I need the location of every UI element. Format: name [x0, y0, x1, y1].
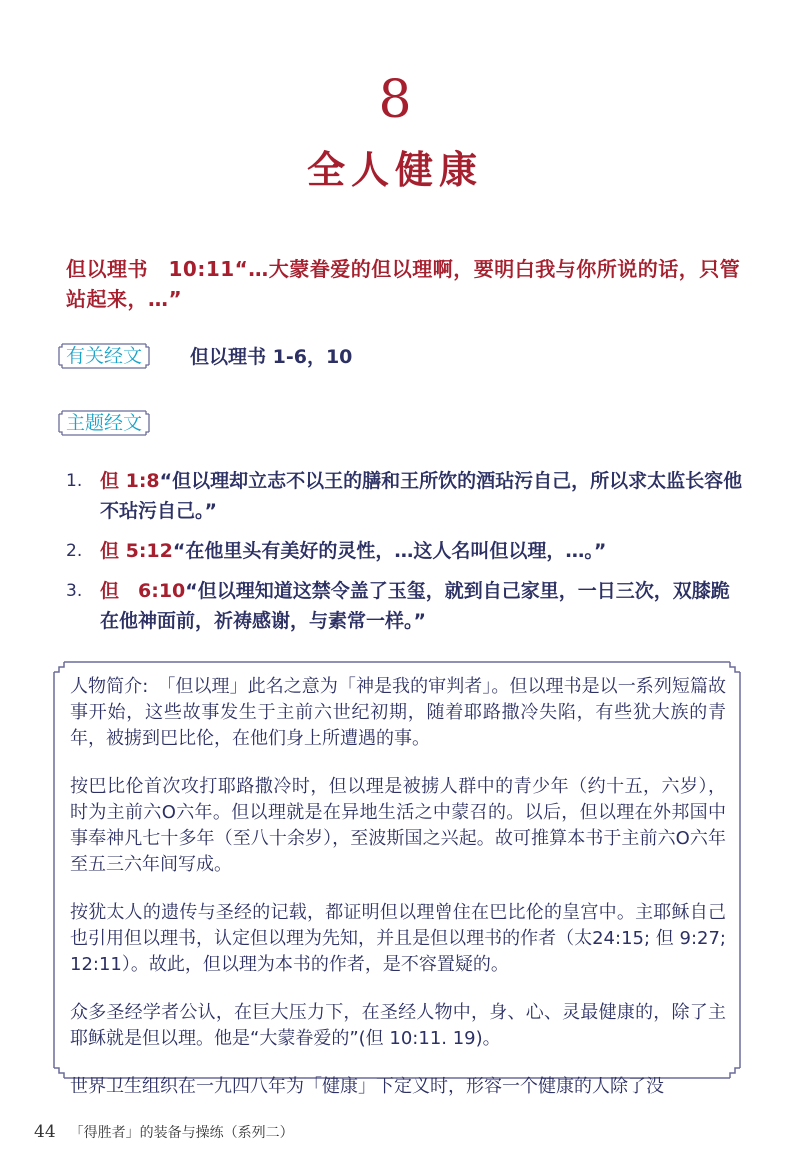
- bio-paragraph: 按犹太人的遗传与圣经的记载，都证明但以理曾住在巴比伦的皇宫中。主耶稣自己也引用但…: [70, 900, 726, 978]
- verse-reference: 但 6:10: [100, 580, 185, 602]
- verse-reference: 但 5:12: [100, 540, 173, 562]
- character-bio-box: 人物简介: 「但以理」此名之意为「神是我的审判者」。但以理书是以一系列短篇故事开…: [52, 660, 742, 1080]
- verse-item: 3. 但 6:10“但以理知道这禁令盖了玉玺，就到自己家里，一日三次，双膝跪在他…: [66, 576, 746, 636]
- theme-scripture-tag: 主题经文: [56, 408, 152, 438]
- verse-reference: 但 1:8: [100, 470, 160, 492]
- bio-paragraph: 人物简介: 「但以理」此名之意为「神是我的审判者」。但以理书是以一系列短篇故事开…: [70, 674, 726, 752]
- book-title: 「得胜者」的装备与操练（系列二）: [70, 1125, 294, 1141]
- chapter-number: 8: [0, 70, 790, 130]
- theme-verse-list: 1. 但 1:8“但以理却立志不以王的膳和王所饮的酒玷污自己，所以求太监长容他不…: [66, 466, 746, 646]
- bio-paragraph: 众多圣经学者公认，在巨大压力下，在圣经人物中，身、心、灵最健康的，除了主耶稣就是…: [70, 1000, 726, 1052]
- related-scripture-tag: 有关经文: [56, 341, 152, 371]
- page-number: 44: [34, 1122, 56, 1142]
- verse-number: 1.: [66, 466, 82, 496]
- related-scripture-label: 有关经文: [56, 344, 152, 368]
- verse-item: 2. 但 5:12“在他里头有美好的灵性，…这人名叫但以理，…。”: [66, 536, 746, 566]
- related-scripture-reference: 但以理书 1-6，10: [190, 343, 352, 371]
- verse-number: 2.: [66, 536, 82, 566]
- verse-text: “但以理却立志不以王的膳和王所饮的酒玷污自己，所以求太监长容他不玷污自己。”: [100, 470, 742, 522]
- verse-number: 3.: [66, 576, 82, 606]
- bio-paragraph: 按巴比伦首次攻打耶路撒冷时，但以理是被掳人群中的青少年（约十五，六岁），时为主前…: [70, 774, 726, 878]
- chapter-title: 全人健康: [0, 146, 790, 194]
- page-footer: 44「得胜者」的装备与操练（系列二）: [34, 1122, 294, 1143]
- verse-text: “在他里头有美好的灵性，…这人名叫但以理，…。”: [173, 540, 606, 562]
- bio-paragraph: 世界卫生组织在一九四八年为「健康」下定义时，形容一个健康的人除了没: [70, 1074, 726, 1100]
- verse-item: 1. 但 1:8“但以理却立志不以王的膳和王所饮的酒玷污自己，所以求太监长容他不…: [66, 466, 746, 526]
- verse-text: “但以理知道这禁令盖了玉玺，就到自己家里，一日三次，双膝跪在他神面前，祈祷感谢，…: [100, 580, 730, 632]
- theme-scripture-label: 主题经文: [56, 411, 152, 435]
- key-verse: 但以理书 10:11“…大蒙眷爱的但以理啊，要明白我与你所说的话，只管站起来，……: [66, 254, 756, 314]
- bio-content: 人物简介: 「但以理」此名之意为「神是我的审判者」。但以理书是以一系列短篇故事开…: [70, 674, 726, 1122]
